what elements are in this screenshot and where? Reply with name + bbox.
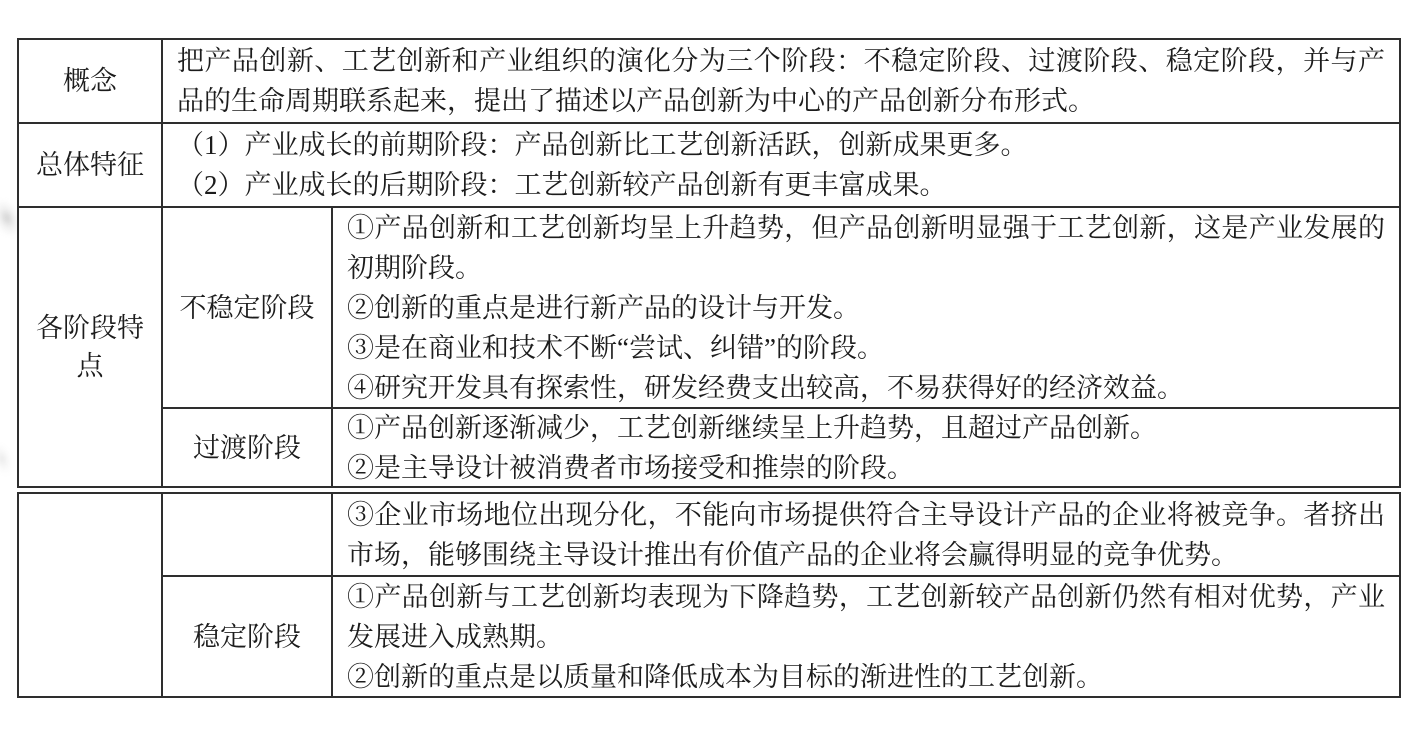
- concept-row-content: 把产品创新、工艺创新和产业组织的演化分为三个阶段：不稳定阶段、过渡阶段、稳定阶段…: [161, 40, 1399, 122]
- transition-stage-content: ①产品创新逐渐减少，工艺创新继续呈上升趋势，且超过产品创新。 ②是主导设计被消费…: [331, 407, 1399, 486]
- scan-smudge-artifact: [0, 440, 17, 479]
- stable-line: ①产品创新与工艺创新均表现为下降趋势，工艺创新较产品创新仍然有相对优势，产业发展…: [347, 577, 1385, 657]
- concept-row-header: 概念: [19, 40, 161, 122]
- transition-stage-header-continued: [161, 494, 331, 575]
- stable-stage-header: 稳定阶段: [161, 575, 331, 696]
- unstable-line: ③是在商业和技术不断“尝试、纠错”的阶段。: [347, 328, 1385, 368]
- stages-row-header: 各阶段特点: [19, 206, 161, 486]
- transition-continued-line: ③企业市场地位出现分化，不能向市场提供符合主导设计产品的企业将被竞争。者挤出市场…: [347, 495, 1385, 575]
- overall-line: （2）产业成长的后期阶段：工艺创新较产品创新有更丰富成果。: [177, 165, 1385, 205]
- transition-line: ②是主导设计被消费者市场接受和推崇的阶段。: [347, 448, 1385, 487]
- overall-row-header: 总体特征: [19, 122, 161, 206]
- concept-text: 把产品创新、工艺创新和产业组织的演化分为三个阶段：不稳定阶段、过渡阶段、稳定阶段…: [177, 41, 1385, 121]
- transition-line: ①产品创新逐渐减少，工艺创新继续呈上升趋势，且超过产品创新。: [347, 408, 1385, 448]
- unstable-stage-header: 不稳定阶段: [161, 206, 331, 407]
- unstable-line: ②创新的重点是进行新产品的设计与开发。: [347, 288, 1385, 328]
- stable-line: ②创新的重点是以质量和降低成本为目标的渐进性的工艺创新。: [347, 657, 1385, 697]
- overall-row-content: （1）产业成长的前期阶段：产品创新比工艺创新活跃，创新成果更多。 （2）产业成长…: [161, 122, 1399, 206]
- stages-row-header-continued: [19, 494, 161, 696]
- transition-stage-header: 过渡阶段: [161, 407, 331, 486]
- document-page: 概念 把产品创新、工艺创新和产业组织的演化分为三个阶段：不稳定阶段、过渡阶段、稳…: [0, 0, 1418, 747]
- stable-stage-content: ①产品创新与工艺创新均表现为下降趋势，工艺创新较产品创新仍然有相对优势，产业发展…: [331, 575, 1399, 696]
- unstable-line: ①产品创新和工艺创新均呈上升趋势，但产品创新明显强于工艺创新，这是产业发展的初期…: [347, 208, 1385, 288]
- unstable-line: ④研究开发具有探索性，研发经费支出较高，不易获得好的经济效益。: [347, 368, 1385, 408]
- innovation-stages-table-lower: ③企业市场地位出现分化，不能向市场提供符合主导设计产品的企业将被竞争。者挤出市场…: [17, 492, 1401, 698]
- innovation-stages-table-upper: 概念 把产品创新、工艺创新和产业组织的演化分为三个阶段：不稳定阶段、过渡阶段、稳…: [17, 38, 1401, 488]
- overall-line: （1）产业成长的前期阶段：产品创新比工艺创新活跃，创新成果更多。: [177, 125, 1385, 165]
- unstable-stage-content: ①产品创新和工艺创新均呈上升趋势，但产品创新明显强于工艺创新，这是产业发展的初期…: [331, 206, 1399, 407]
- transition-stage-content-continued: ③企业市场地位出现分化，不能向市场提供符合主导设计产品的企业将被竞争。者挤出市场…: [331, 494, 1399, 575]
